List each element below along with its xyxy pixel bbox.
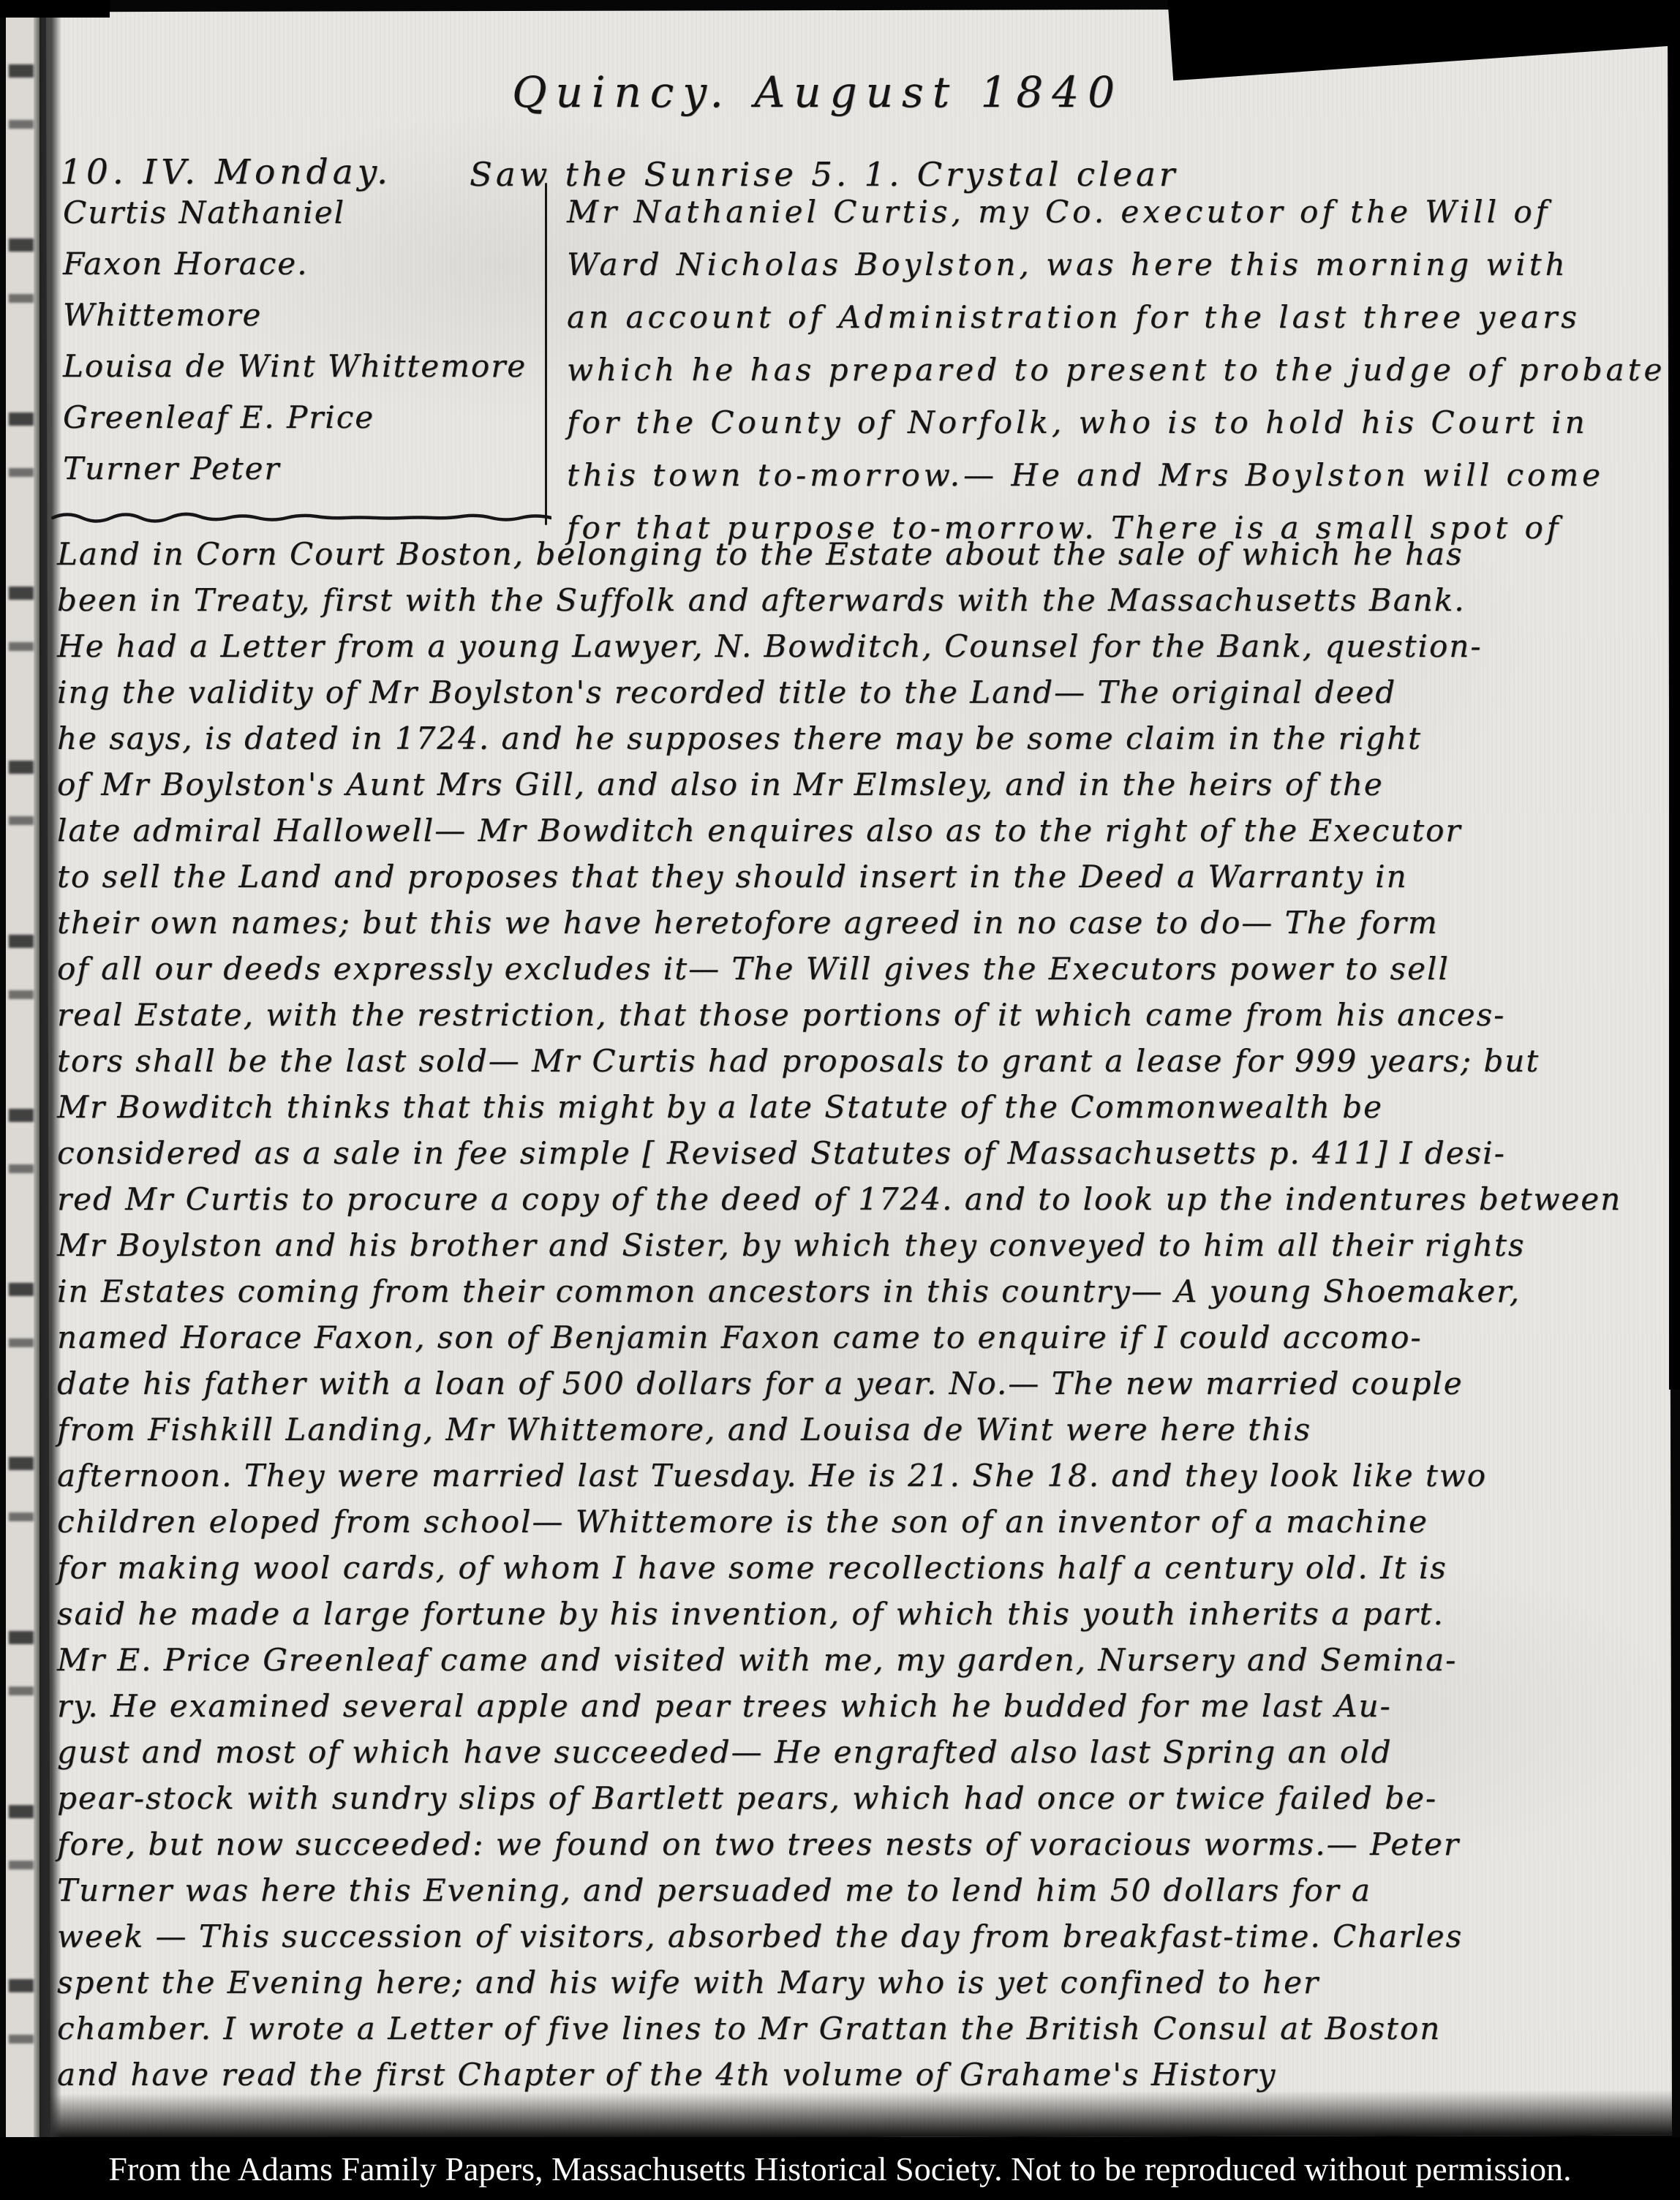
diary-line: ry. He examined several apple and pear t…	[57, 1683, 1659, 1729]
page-title: Quincy. August 1840	[512, 67, 1123, 117]
diary-line: Mr E. Price Greenleaf came and visited w…	[57, 1637, 1659, 1683]
diary-line: to sell the Land and proposes that they …	[57, 854, 1659, 900]
margin-name: Turner Peter	[63, 443, 538, 494]
diary-line: said he made a large fortune by his inve…	[57, 1591, 1659, 1637]
scan-frame-right-edge	[1669, 0, 1680, 1390]
diary-line: children eloped from school— Whittemore …	[57, 1499, 1659, 1545]
diary-line: Land in Corn Court Boston, belonging to …	[57, 531, 1659, 577]
margin-name-index: Curtis Nathaniel Faxon Horace. Whittemor…	[63, 187, 538, 494]
diary-line: their own names; but this we have hereto…	[57, 900, 1659, 946]
diary-line: he says, is dated in 1724. and he suppos…	[57, 715, 1659, 761]
margin-name: Greenleaf E. Price	[63, 392, 538, 443]
diary-line: considered as a sale in fee simple [ Rev…	[57, 1130, 1659, 1176]
diary-line: Turner was here this Evening, and persua…	[57, 1867, 1659, 1913]
diary-line: afternoon. They were married last Tuesda…	[57, 1453, 1659, 1499]
diary-line: spent the Evening here; and his wife wit…	[57, 1959, 1659, 2005]
entry-date-label: 10. IV. Monday.	[60, 152, 392, 192]
diary-line: Mr Bowditch thinks that this might by a …	[57, 1084, 1659, 1130]
diary-line: Mr Boylston and his brother and Sister, …	[57, 1222, 1659, 1268]
diary-line: of all our deeds expressly excludes it— …	[57, 946, 1659, 992]
diary-line: real Estate, with the restriction, that …	[57, 992, 1659, 1038]
archive-credit-band: From the Adams Family Papers, Massachuse…	[0, 2137, 1680, 2200]
diary-line: which he has prepared to present to the …	[567, 344, 1660, 396]
margin-divider-rule	[545, 183, 547, 525]
diary-line: red Mr Curtis to procure a copy of the d…	[57, 1176, 1659, 1222]
margin-name: Faxon Horace.	[63, 238, 538, 290]
diary-line: ing the validity of Mr Boylston's record…	[57, 669, 1659, 715]
diary-line: named Horace Faxon, son of Benjamin Faxo…	[57, 1314, 1659, 1360]
diary-line: for the County of Norfolk, who is to hol…	[567, 396, 1660, 449]
diary-line: week — This succession of visitors, abso…	[57, 1913, 1659, 1959]
diary-line: late admiral Hallowell— Mr Bowditch enqu…	[57, 807, 1659, 854]
diary-entry-column: Mr Nathaniel Curtis, my Co. executor of …	[567, 186, 1660, 554]
archive-credit-text: From the Adams Family Papers, Massachuse…	[108, 2150, 1571, 2188]
diary-line: chamber. I wrote a Letter of five lines …	[57, 2005, 1659, 2052]
diary-entry-body: Land in Corn Court Boston, belonging to …	[57, 531, 1659, 2098]
scan-frame-corner	[0, 0, 110, 18]
diary-line: an account of Administration for the las…	[567, 291, 1660, 344]
diary-line: Ward Nicholas Boylston, was here this mo…	[567, 238, 1660, 291]
margin-name: Whittemore	[63, 290, 538, 341]
diary-line: been in Treaty, first with the Suffolk a…	[57, 577, 1659, 623]
diary-line: Mr Nathaniel Curtis, my Co. executor of …	[567, 186, 1660, 238]
facing-page-text-fragments	[9, 10, 34, 2137]
diary-line: fore, but now succeeded: we found on two…	[57, 1821, 1659, 1867]
diary-line: and have read the first Chapter of the 4…	[57, 2052, 1659, 2098]
diary-line: for making wool cards, of whom I have so…	[57, 1545, 1659, 1591]
margin-underline-flourish	[51, 508, 551, 525]
diary-line: this town to-morrow.— He and Mrs Boylsto…	[567, 449, 1660, 502]
diary-line: tors shall be the last sold— Mr Curtis h…	[57, 1038, 1659, 1084]
diary-line: in Estates coming from their common ance…	[57, 1268, 1659, 1314]
diary-line: date his father with a loan of 500 dolla…	[57, 1360, 1659, 1406]
margin-name: Louisa de Wint Whittemore	[63, 341, 538, 392]
diary-line: of Mr Boylston's Aunt Mrs Gill, and also…	[57, 761, 1659, 807]
diary-line: pear-stock with sundry slips of Bartlett…	[57, 1775, 1659, 1821]
margin-name: Curtis Nathaniel	[63, 187, 538, 238]
diary-line: He had a Letter from a young Lawyer, N. …	[57, 623, 1659, 669]
diary-line: from Fishkill Landing, Mr Whittemore, an…	[57, 1406, 1659, 1453]
diary-line: gust and most of which have succeeded— H…	[57, 1729, 1659, 1775]
